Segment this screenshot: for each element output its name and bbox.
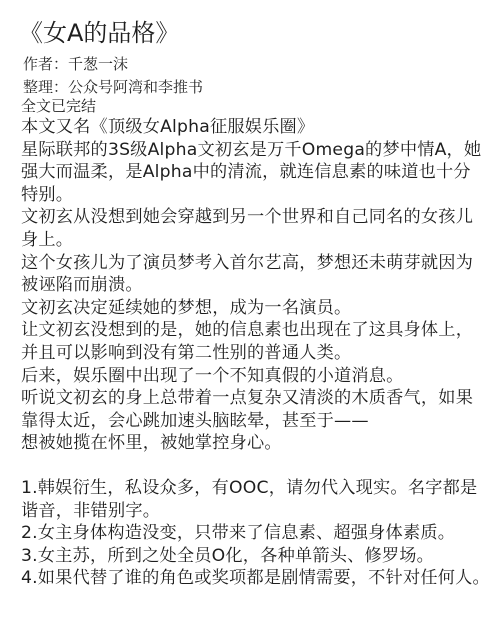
synopsis-line: 靠得太近，会心跳加速头脑眩晕，甚至于—— <box>21 410 491 433</box>
synopsis-line: 身上。 <box>21 229 491 252</box>
compiler-line: 整理：公众号阿湾和李推书 <box>23 77 491 97</box>
spacer <box>21 455 491 477</box>
book-title: 《女A的品格》 <box>19 18 491 48</box>
note-line: 谐音，非错别字。 <box>21 500 491 523</box>
status-line: 全文已完结 <box>21 97 491 116</box>
synopsis-line: 文初玄从没想到她会穿越到另一个世界和自己同名的女孩儿 <box>21 206 491 229</box>
note-line: 1.韩娱衍生，私设众多，有OOC，请勿代入现实。名字都是 <box>21 477 491 500</box>
synopsis-line: 特别。 <box>21 184 491 207</box>
synopsis-line: 并且可以影响到没有第二性别的普通人类。 <box>21 342 491 365</box>
synopsis-line: 本文又名《顶级女Alpha征服娱乐圈》 <box>21 116 491 139</box>
synopsis-line: 被诬陷而崩溃。 <box>21 274 491 297</box>
document: 《女A的品格》 作者：千葱一沫 整理：公众号阿湾和李推书 全文已完结 本文又名《… <box>21 18 491 590</box>
synopsis-line: 后来，娱乐圈中出现了一个不知真假的小道消息。 <box>21 365 491 388</box>
note-line: 4.如果代替了谁的角色或奖项都是剧情需要，不针对任何人。 <box>21 567 491 590</box>
synopsis-line: 听说文初玄的身上总带着一点复杂又清淡的木质香气，如果 <box>21 387 491 410</box>
synopsis: 本文又名《顶级女Alpha征服娱乐圈》 星际联邦的3S级Alpha文初玄是万千O… <box>21 116 491 455</box>
author-line: 作者：千葱一沫 <box>23 54 491 74</box>
notes: 1.韩娱衍生，私设众多，有OOC，请勿代入现实。名字都是 谐音，非错别字。 2.… <box>21 477 491 590</box>
note-line: 2.女主身体构造没变，只带来了信息素、超强身体素质。 <box>21 522 491 545</box>
note-line: 3.女主苏，所到之处全员O化，各种单箭头、修罗场。 <box>21 545 491 568</box>
synopsis-line: 强大而温柔，是Alpha中的清流，就连信息素的味道也十分 <box>21 161 491 184</box>
synopsis-line: 文初玄决定延续她的梦想，成为一名演员。 <box>21 297 491 320</box>
synopsis-line: 想被她揽在怀里，被她掌控身心。 <box>21 432 491 455</box>
synopsis-line: 这个女孩儿为了演员梦考入首尔艺高，梦想还未萌芽就因为 <box>21 252 491 275</box>
synopsis-line: 星际联邦的3S级Alpha文初玄是万千Omega的梦中情A，她 <box>21 139 491 162</box>
synopsis-line: 让文初玄没想到的是，她的信息素也出现在了这具身体上， <box>21 319 491 342</box>
